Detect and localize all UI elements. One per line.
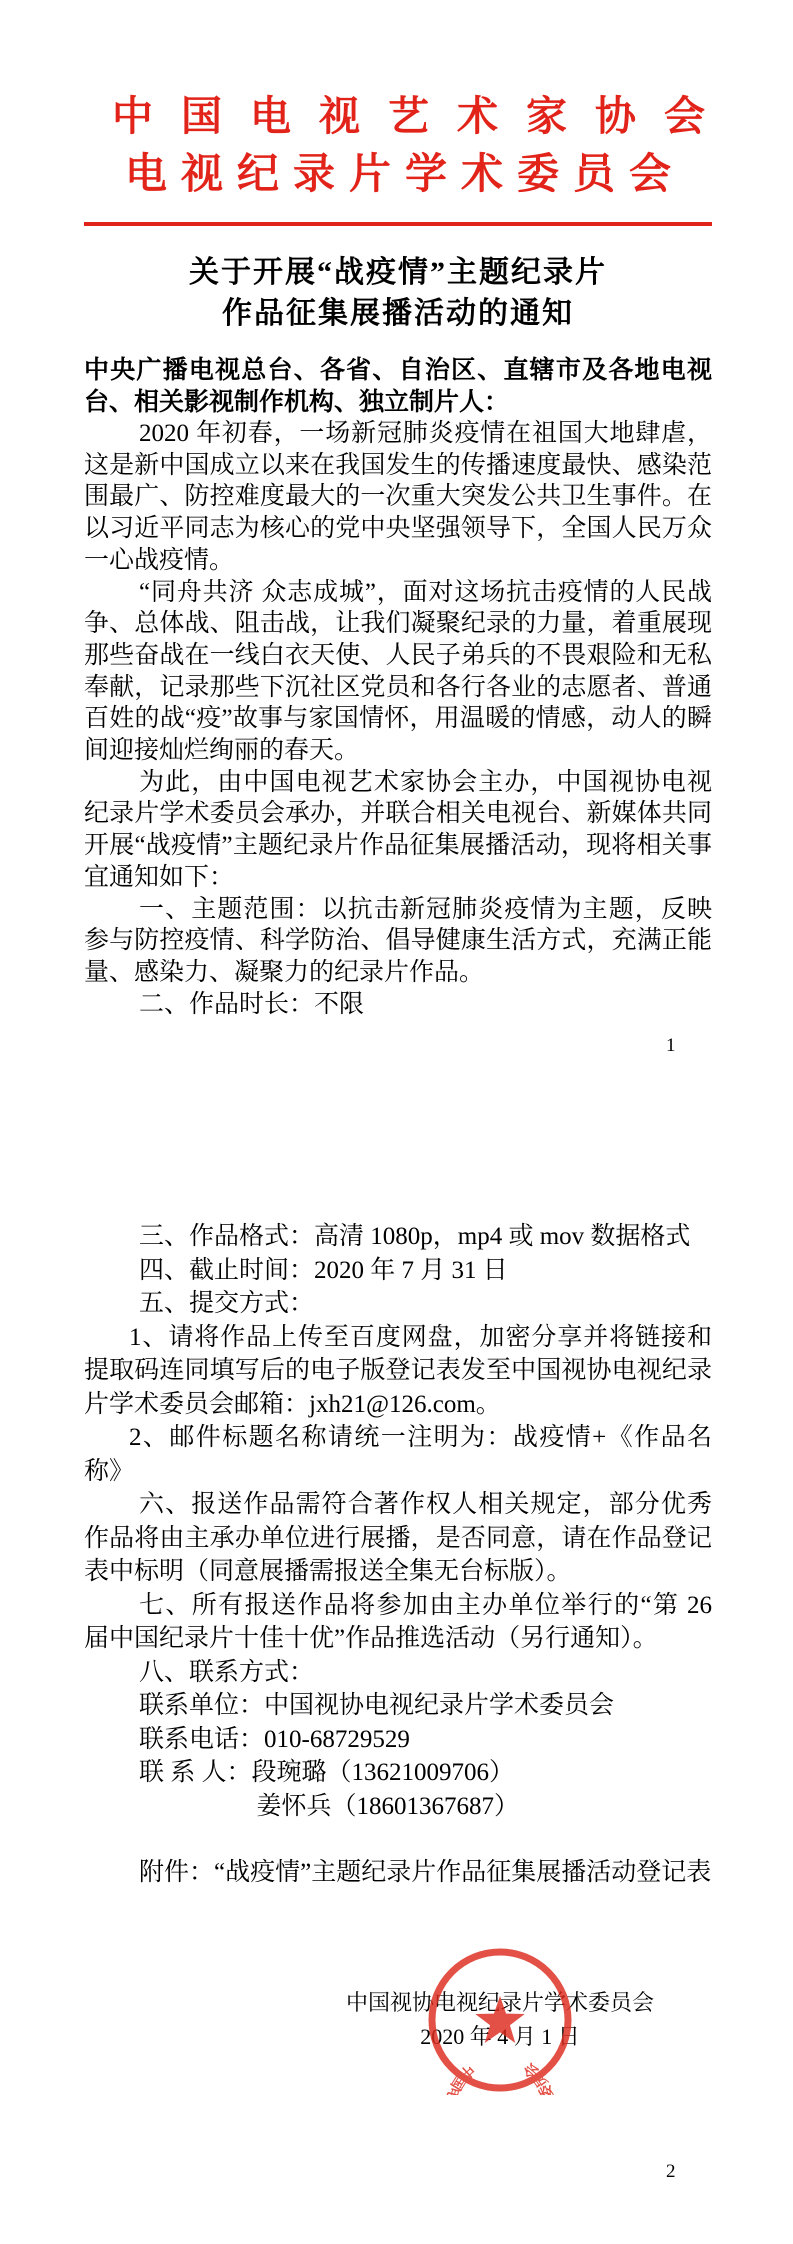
list-item-duration: 二、作品时长：不限: [84, 989, 712, 1021]
letterhead-divider-rule: [84, 222, 712, 226]
notice-title-line1: 关于开展“战疫情”主题纪录片: [84, 252, 712, 293]
notice-title: 关于开展“战疫情”主题纪录片 作品征集展播活动的通知: [84, 252, 712, 334]
letterhead: 中国电视艺术家协会 电视纪录片学术委员会: [84, 0, 712, 200]
list-item-deadline: 四、截止时间：2020 年 7 月 31 日: [84, 1254, 712, 1288]
body-paragraph: “同舟共济 众志成城”，面对这场抗击疫情的人民战争、总体战、阻击战，让我们凝聚纪…: [84, 577, 712, 767]
body-paragraph: 为此，由中国电视艺术家协会主办，中国视协电视纪录片学术委员会承办，并联合相关电视…: [84, 767, 712, 894]
list-item-selection: 七、所有报送作品将参加由主办单位举行的“第 26 届中国纪录片十佳十优”作品推选…: [84, 1589, 712, 1656]
addressee-line: 中央广播电视总台、各省、自治区、直辖市及各地电视台、相关影视制作机构、独立制片人…: [84, 354, 712, 418]
page-number: 1: [666, 1036, 676, 1056]
notice-document: 中国电视艺术家协会 电视纪录片学术委员会 关于开展“战疫情”主题纪录片 作品征集…: [0, 0, 793, 2244]
list-item-copyright: 六、报送作品需符合著作权人相关规定，部分优秀作品将由主承办单位进行展播，是否同意…: [84, 1488, 712, 1589]
official-seal: 中国电视艺术家协会电视纪录片学术委员会: [425, 1945, 575, 2095]
contact-phone-line: 联系电话：010-68729529: [84, 1723, 712, 1757]
list-subitem-upload: 1、请将作品上传至百度网盘，加密分享并将链接和提取码连同填写后的电子版登记表发至…: [84, 1321, 712, 1422]
attachment-line: 附件：“战疫情”主题纪录片作品征集展播活动登记表: [84, 1856, 712, 1890]
list-item-topic: 一、主题范围：以抗击新冠肺炎疫情为主题，反映参与防控疫情、科学防治、倡导健康生活…: [84, 894, 712, 989]
letterhead-org-line1: 中国电视艺术家协会: [84, 92, 712, 140]
contact-person-line-2: 姜怀兵（18601367687）: [84, 1790, 712, 1824]
document-page-2: 三、作品格式：高清 1080p，mp4 或 mov 数据格式 四、截止时间：20…: [0, 1122, 793, 2244]
contact-unit-line: 联系单位：中国视协电视纪录片学术委员会: [84, 1689, 712, 1723]
list-item-submission: 五、提交方式：: [84, 1287, 712, 1321]
document-page-1: 中国电视艺术家协会 电视纪录片学术委员会 关于开展“战疫情”主题纪录片 作品征集…: [0, 0, 793, 1122]
notice-title-line2: 作品征集展播活动的通知: [84, 293, 712, 334]
list-item-contact: 八、联系方式：: [84, 1656, 712, 1690]
list-subitem-email-subject: 2、邮件标题名称请统一注明为：战疫情+《作品名称》: [84, 1421, 712, 1488]
letterhead-org-line2: 电视纪录片学术委员会: [84, 150, 712, 200]
page-number: 2: [666, 2162, 676, 2182]
list-item-format: 三、作品格式：高清 1080p，mp4 或 mov 数据格式: [84, 1220, 712, 1254]
star-icon: [475, 1996, 524, 2043]
body-paragraph: 2020 年初春，一场新冠肺炎疫情在祖国大地肆虐，这是新中国成立以来在我国发生的…: [84, 418, 712, 577]
contact-person-line: 联 系 人：段琬璐（13621009706）: [84, 1756, 712, 1790]
